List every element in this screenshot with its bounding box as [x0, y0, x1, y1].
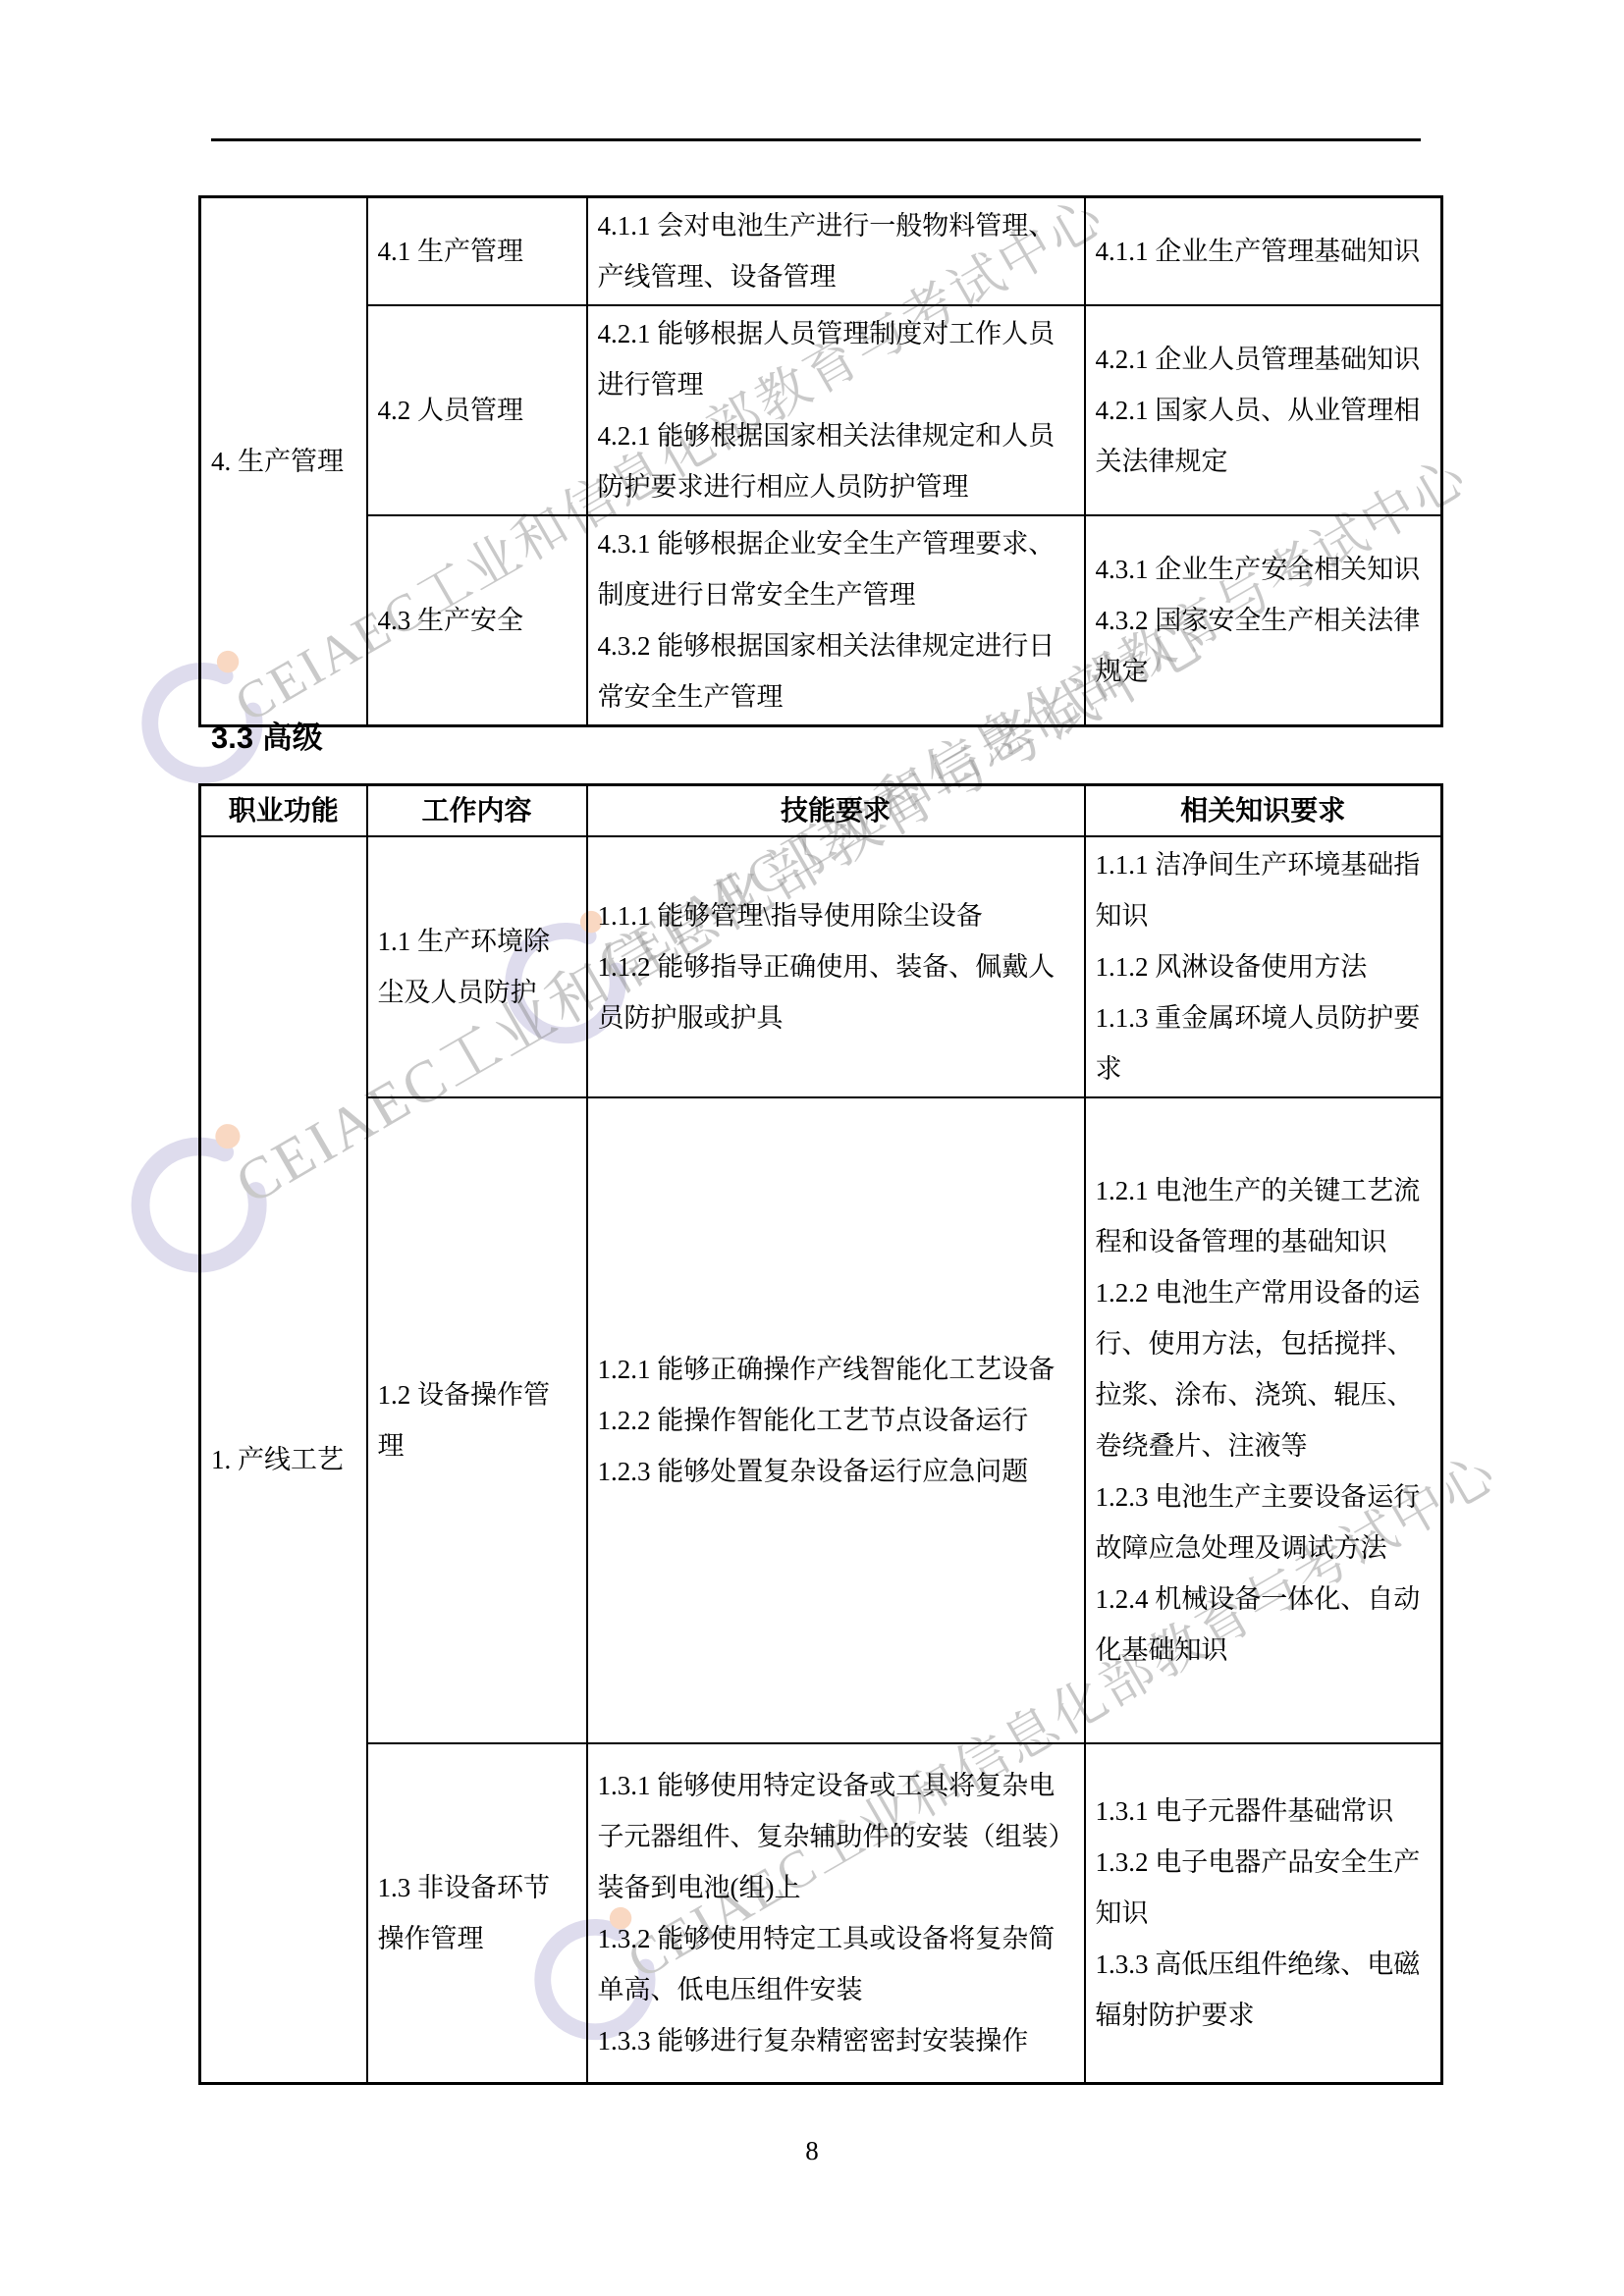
table-row: 4.2 人员管理 4.2.1 能够根据人员管理制度对工作人员进行管理 4.2.1… — [200, 305, 1442, 515]
knowledge-item: 1.1.3 重金属环境人员防护要求 — [1096, 992, 1432, 1095]
cell-work-1-1: 1.1 生产环境除尘及人员防护 — [367, 836, 587, 1097]
cell-function-4: 4. 生产管理 — [200, 197, 367, 726]
header-work-content: 工作内容 — [367, 785, 587, 836]
skill-item: 1.1.2 能够指导正确使用、装备、佩戴人员防护服或护具 — [598, 941, 1074, 1043]
section-heading: 3.3 高级 — [211, 713, 323, 757]
knowledge-item: 1.1.1 洁净间生产环境基础指知识 — [1096, 839, 1432, 941]
cell-skills-1-1: 1.1.1 能够管理\指导使用除尘设备 1.1.2 能够指导正确使用、装备、佩戴… — [587, 836, 1085, 1097]
skill-item: 1.2.1 能够正确操作产线智能化工艺设备 — [598, 1344, 1074, 1395]
cell-skills-1-3: 1.3.1 能够使用特定设备或工具将复杂电子元器组件、复杂辅助件的安装（组装）装… — [587, 1743, 1085, 2084]
skill-item: 1.2.3 能够处置复杂设备运行应急问题 — [598, 1446, 1074, 1497]
cell-knowledge-1-1: 1.1.1 洁净间生产环境基础指知识 1.1.2 风淋设备使用方法 1.1.3 … — [1085, 836, 1442, 1097]
knowledge-item: 1.2.1 电池生产的关键工艺流程和设备管理的基础知识 — [1096, 1165, 1432, 1267]
table-row: 1. 产线工艺 1.1 生产环境除尘及人员防护 1.1.1 能够管理\指导使用除… — [200, 836, 1442, 1097]
cell-knowledge-4-2: 4.2.1 企业人员管理基础知识 4.2.1 国家人员、从业管理相关法律规定 — [1085, 305, 1442, 515]
header-skill-requirements: 技能要求 — [587, 785, 1085, 836]
knowledge-item: 1.3.1 电子元器件基础常识 — [1096, 1786, 1432, 1837]
knowledge-item: 4.2.1 企业人员管理基础知识 — [1096, 334, 1432, 385]
cell-knowledge-4-1: 4.1.1 企业生产管理基础知识 — [1085, 197, 1442, 306]
cell-work-4-3: 4.3 生产安全 — [367, 515, 587, 726]
cell-work-1-3: 1.3 非设备环节操作管理 — [367, 1743, 587, 2084]
header-knowledge-requirements: 相关知识要求 — [1085, 785, 1442, 836]
cell-knowledge-1-3: 1.3.1 电子元器件基础常识 1.3.2 电子电器产品安全生产知识 1.3.3… — [1085, 1743, 1442, 2084]
cell-skills-4-3: 4.3.1 能够根据企业安全生产管理要求、制度进行日常安全生产管理 4.3.2 … — [587, 515, 1085, 726]
cell-knowledge-4-3: 4.3.1 企业生产安全相关知识 4.3.2 国家安全生产相关法律规定 — [1085, 515, 1442, 726]
cell-skills-4-1: 4.1.1 会对电池生产进行一般物料管理、产线管理、设备管理 — [587, 197, 1085, 306]
table-advanced-level: 职业功能 工作内容 技能要求 相关知识要求 1. 产线工艺 1.1 生产环境除尘… — [198, 783, 1443, 2085]
skill-item: 1.1.1 能够管理\指导使用除尘设备 — [598, 890, 1074, 941]
cell-work-4-1: 4.1 生产管理 — [367, 197, 587, 306]
table-row: 1.2 设备操作管理 1.2.1 能够正确操作产线智能化工艺设备 1.2.2 能… — [200, 1097, 1442, 1743]
cell-skills-1-2: 1.2.1 能够正确操作产线智能化工艺设备 1.2.2 能操作智能化工艺节点设备… — [587, 1097, 1085, 1743]
knowledge-item: 4.3.1 企业生产安全相关知识 — [1096, 544, 1432, 595]
table-row: 4.3 生产安全 4.3.1 能够根据企业安全生产管理要求、制度进行日常安全生产… — [200, 515, 1442, 726]
table-header-row: 职业功能 工作内容 技能要求 相关知识要求 — [200, 785, 1442, 836]
table-intermediate-continued: 4. 生产管理 4.1 生产管理 4.1.1 会对电池生产进行一般物料管理、产线… — [198, 195, 1443, 727]
skill-item: 1.3.2 能够使用特定工具或设备将复杂简单高、低电压组件安装 — [598, 1913, 1074, 2015]
document-page: CEIAEC工业和信息化部教育与考试中心 CEIAEC工业和信息化部教育与考试中… — [0, 0, 1624, 2296]
cell-function-1: 1. 产线工艺 — [200, 836, 367, 2084]
skill-item: 4.1.1 会对电池生产进行一般物料管理、产线管理、设备管理 — [598, 200, 1074, 302]
knowledge-item: 4.1.1 企业生产管理基础知识 — [1096, 226, 1432, 277]
skill-item: 1.3.3 能够进行复杂精密密封安装操作 — [598, 2015, 1074, 2066]
table-row: 4. 生产管理 4.1 生产管理 4.1.1 会对电池生产进行一般物料管理、产线… — [200, 197, 1442, 306]
cell-knowledge-1-2: 1.2.1 电池生产的关键工艺流程和设备管理的基础知识 1.2.2 电池生产常用… — [1085, 1097, 1442, 1743]
skill-item: 1.2.2 能操作智能化工艺节点设备运行 — [598, 1395, 1074, 1446]
knowledge-item: 1.1.2 风淋设备使用方法 — [1096, 941, 1432, 992]
knowledge-item: 4.2.1 国家人员、从业管理相关法律规定 — [1096, 385, 1432, 487]
knowledge-item: 1.2.2 电池生产常用设备的运行、使用方法，包括搅拌、拉浆、涂布、浇筑、辊压、… — [1096, 1267, 1432, 1471]
knowledge-item: 1.3.2 电子电器产品安全生产知识 — [1096, 1837, 1432, 1939]
skill-item: 4.2.1 能够根据人员管理制度对工作人员进行管理 — [598, 308, 1074, 410]
cell-work-1-2: 1.2 设备操作管理 — [367, 1097, 587, 1743]
skill-item: 4.3.1 能够根据企业安全生产管理要求、制度进行日常安全生产管理 — [598, 518, 1074, 620]
knowledge-item: 1.2.3 电池生产主要设备运行故障应急处理及调试方法 — [1096, 1471, 1432, 1574]
cell-skills-4-2: 4.2.1 能够根据人员管理制度对工作人员进行管理 4.2.1 能够根据国家相关… — [587, 305, 1085, 515]
cell-work-4-2: 4.2 人员管理 — [367, 305, 587, 515]
skill-item: 4.3.2 能够根据国家相关法律规定进行日常安全生产管理 — [598, 620, 1074, 722]
header-occupational-function: 职业功能 — [200, 785, 367, 836]
table-row: 1.3 非设备环节操作管理 1.3.1 能够使用特定设备或工具将复杂电子元器组件… — [200, 1743, 1442, 2084]
header-rule — [211, 138, 1421, 141]
knowledge-item: 4.3.2 国家安全生产相关法律规定 — [1096, 595, 1432, 697]
knowledge-item: 1.2.4 机械设备一体化、自动化基础知识 — [1096, 1574, 1432, 1676]
knowledge-item: 1.3.3 高低压组件绝缘、电磁辐射防护要求 — [1096, 1939, 1432, 2041]
skill-item: 1.3.1 能够使用特定设备或工具将复杂电子元器组件、复杂辅助件的安装（组装）装… — [598, 1760, 1074, 1913]
skill-item: 4.2.1 能够根据国家相关法律规定和人员防护要求进行相应人员防护管理 — [598, 410, 1074, 512]
page-number: 8 — [0, 2136, 1624, 2166]
